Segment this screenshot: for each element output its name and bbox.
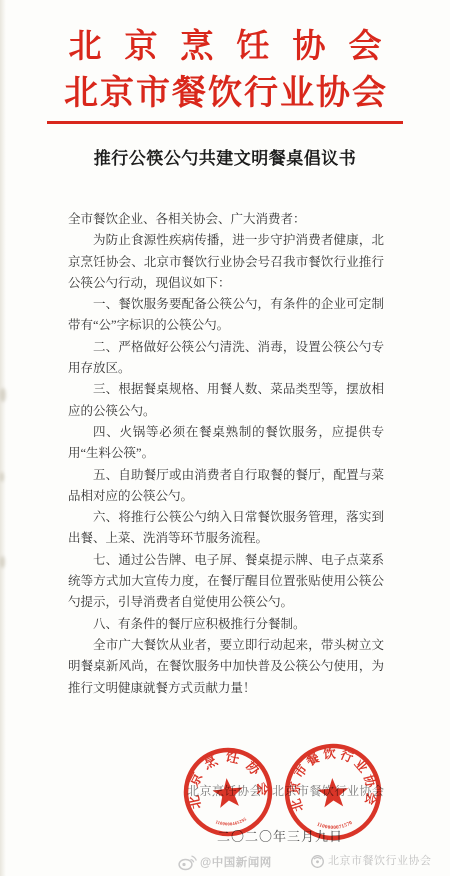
watermark-source-label: @中国新闻网 [200,855,272,871]
official-seal-left: 北京烹饪协会 1100000465295 [177,741,278,842]
paragraph-item-1: 一、餐饮服务要配备公筷公勺，有条件的企业可定制带有“公”字标识的公筷公勺。 [68,294,384,337]
paragraph-item-3: 三、根据餐桌规格、用餐人数、菜品类型等，摆放相应的公筷公勺。 [68,379,384,422]
scan-smudge [0,472,4,482]
star-icon [317,777,349,807]
association-logo-icon [310,854,325,869]
paragraph-intro: 为防止食源性疾病传播，进一步守护消费者健康，北京烹饪协会、北京市餐饮行业协会号召… [68,230,384,294]
scan-edge-shadow [0,0,6,876]
seal-code-text: 1100000071570 [316,820,354,832]
watermark-association: 北京市餐饮行业协会 [310,854,432,869]
paragraph-item-4: 四、火锅等必须在餐桌熟制的餐饮服务，应提供专用“生料公筷”。 [68,422,384,465]
header-divider [47,121,403,124]
weibo-icon [178,854,197,871]
official-seal-right: 北京市餐饮行业协会 1100000071570 [280,739,385,844]
watermark-association-label: 北京市餐饮行业协会 [328,854,432,869]
scan-smudge [0,388,6,402]
paragraph-item-5: 五、自助餐厅或由消费者自行取餐的餐厅，配置与菜品相对应的公筷公勺。 [68,465,384,508]
document-body: 全市餐饮企业、各相关协会、广大消费者： 为防止食源性疾病传播，进一步守护消费者健… [68,209,384,699]
document-title: 推行公筷公勺共建文明餐桌倡议书 [0,148,450,170]
paragraph-item-8: 八、有条件的餐厅应积极推行分餐制。 [68,614,384,635]
paragraph-item-2: 二、严格做好公筷公勺清洗、消毒，设置公筷公勺专用存放区。 [68,337,384,380]
paragraph-closing: 全市广大餐饮从业者，要立即行动起来，带头树立文明餐桌新风尚，在餐饮服务中加快普及… [68,635,384,699]
seal-code-text: 1100000465295 [214,816,248,828]
star-icon [211,776,244,808]
document-page: 北京烹饪协会 北京市餐饮行业协会 推行公筷公勺共建文明餐桌倡议书 全市餐饮企业、… [0,0,450,876]
org-name-line2: 北京市餐饮行业协会 [0,74,450,114]
org-name-line1: 北京烹饪协会 [0,28,450,66]
watermark-source: @中国新闻网 [178,854,272,871]
paragraph-item-7: 七、通过公告牌、电子屏、餐桌提示牌、电子点菜系统等方式加大宣传力度，在餐厅醒目位… [68,550,384,614]
salutation: 全市餐饮企业、各相关协会、广大消费者： [68,209,384,230]
paragraph-item-6: 六、将推行公筷公勺纳入日常餐饮服务管理，落实到出餐、上菜、洗消等环节服务流程。 [68,507,384,550]
scan-smudge [0,556,5,568]
